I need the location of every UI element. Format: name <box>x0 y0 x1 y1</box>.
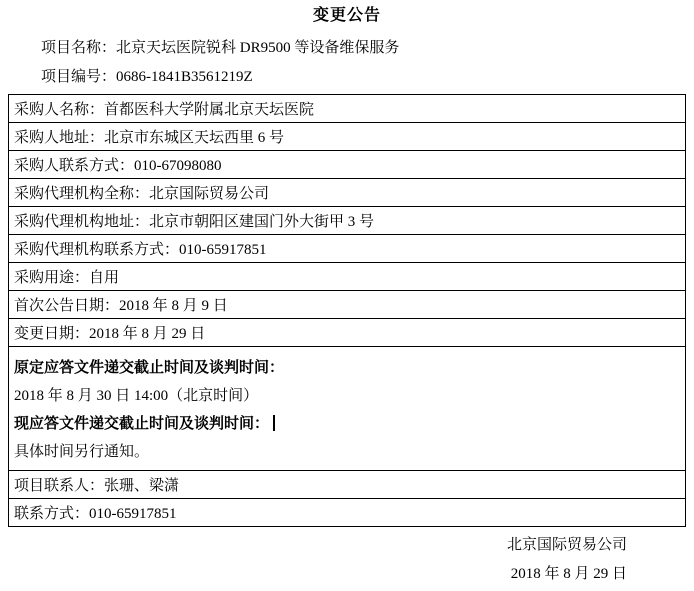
project-number-line: 项目编号：0686-1841B3561219Z <box>0 67 694 87</box>
agency-address-cell: 采购代理机构地址：北京市朝阳区建国门外大街甲 3 号 <box>9 207 686 235</box>
table-row: 原定应答文件递交截止时间及谈判时间： 2018 年 8 月 30 日 14:00… <box>9 347 686 471</box>
new-deadline-label: 现应答文件递交截止时间及谈判时间： <box>14 412 269 433</box>
table-row: 首次公告日期：2018 年 8 月 9 日 <box>9 291 686 319</box>
table-row: 联系方式：010-65917851 <box>9 499 686 527</box>
new-deadline-note: 具体时间另行通知。 <box>14 437 681 465</box>
project-name-line: 项目名称：北京天坛医院锐科 DR9500 等设备维保服务 <box>0 38 694 58</box>
change-date-cell: 变更日期：2018 年 8 月 29 日 <box>9 319 686 347</box>
buyer-name-cell: 采购人名称：首都医科大学附属北京天坛医院 <box>9 95 686 123</box>
deadline-cell[interactable]: 原定应答文件递交截止时间及谈判时间： 2018 年 8 月 30 日 14:00… <box>9 347 686 471</box>
buyer-address-cell: 采购人地址：北京市东城区天坛西里 6 号 <box>9 123 686 151</box>
original-deadline-label: 原定应答文件递交截止时间及谈判时间： <box>14 353 681 381</box>
footer-agency-name: 北京国际贸易公司 <box>0 535 627 555</box>
agency-contact-cell: 采购代理机构联系方式：010-65917851 <box>9 235 686 263</box>
project-contact-person-cell: 项目联系人：张珊、梁潇 <box>9 471 686 499</box>
page-title: 变更公告 <box>0 0 694 26</box>
buyer-contact-cell: 采购人联系方式：010-67098080 <box>9 151 686 179</box>
announcement-table: 采购人名称：首都医科大学附属北京天坛医院 采购人地址：北京市东城区天坛西里 6 … <box>8 94 686 527</box>
table-row: 采购代理机构全称：北京国际贸易公司 <box>9 179 686 207</box>
agency-name-cell: 采购代理机构全称：北京国际贸易公司 <box>9 179 686 207</box>
procurement-purpose-cell: 采购用途：自用 <box>9 263 686 291</box>
table-row: 采购人联系方式：010-67098080 <box>9 151 686 179</box>
table-row: 采购用途：自用 <box>9 263 686 291</box>
table-row: 采购代理机构地址：北京市朝阳区建国门外大街甲 3 号 <box>9 207 686 235</box>
new-deadline-line: 现应答文件递交截止时间及谈判时间： <box>14 409 681 437</box>
footer-date: 2018 年 8 月 29 日 <box>0 564 627 584</box>
document-footer: 北京国际贸易公司 2018 年 8 月 29 日 <box>0 535 694 584</box>
text-cursor <box>273 415 275 431</box>
table-row: 采购人名称：首都医科大学附属北京天坛医院 <box>9 95 686 123</box>
table-row: 项目联系人：张珊、梁潇 <box>9 471 686 499</box>
contact-phone-cell: 联系方式：010-65917851 <box>9 499 686 527</box>
original-deadline-value: 2018 年 8 月 30 日 14:00（北京时间） <box>14 381 681 409</box>
announcement-document: 变更公告 项目名称：北京天坛医院锐科 DR9500 等设备维保服务 项目编号：0… <box>0 0 694 584</box>
table-row: 采购代理机构联系方式：010-65917851 <box>9 235 686 263</box>
table-row: 采购人地址：北京市东城区天坛西里 6 号 <box>9 123 686 151</box>
first-announcement-date-cell: 首次公告日期：2018 年 8 月 9 日 <box>9 291 686 319</box>
table-row: 变更日期：2018 年 8 月 29 日 <box>9 319 686 347</box>
